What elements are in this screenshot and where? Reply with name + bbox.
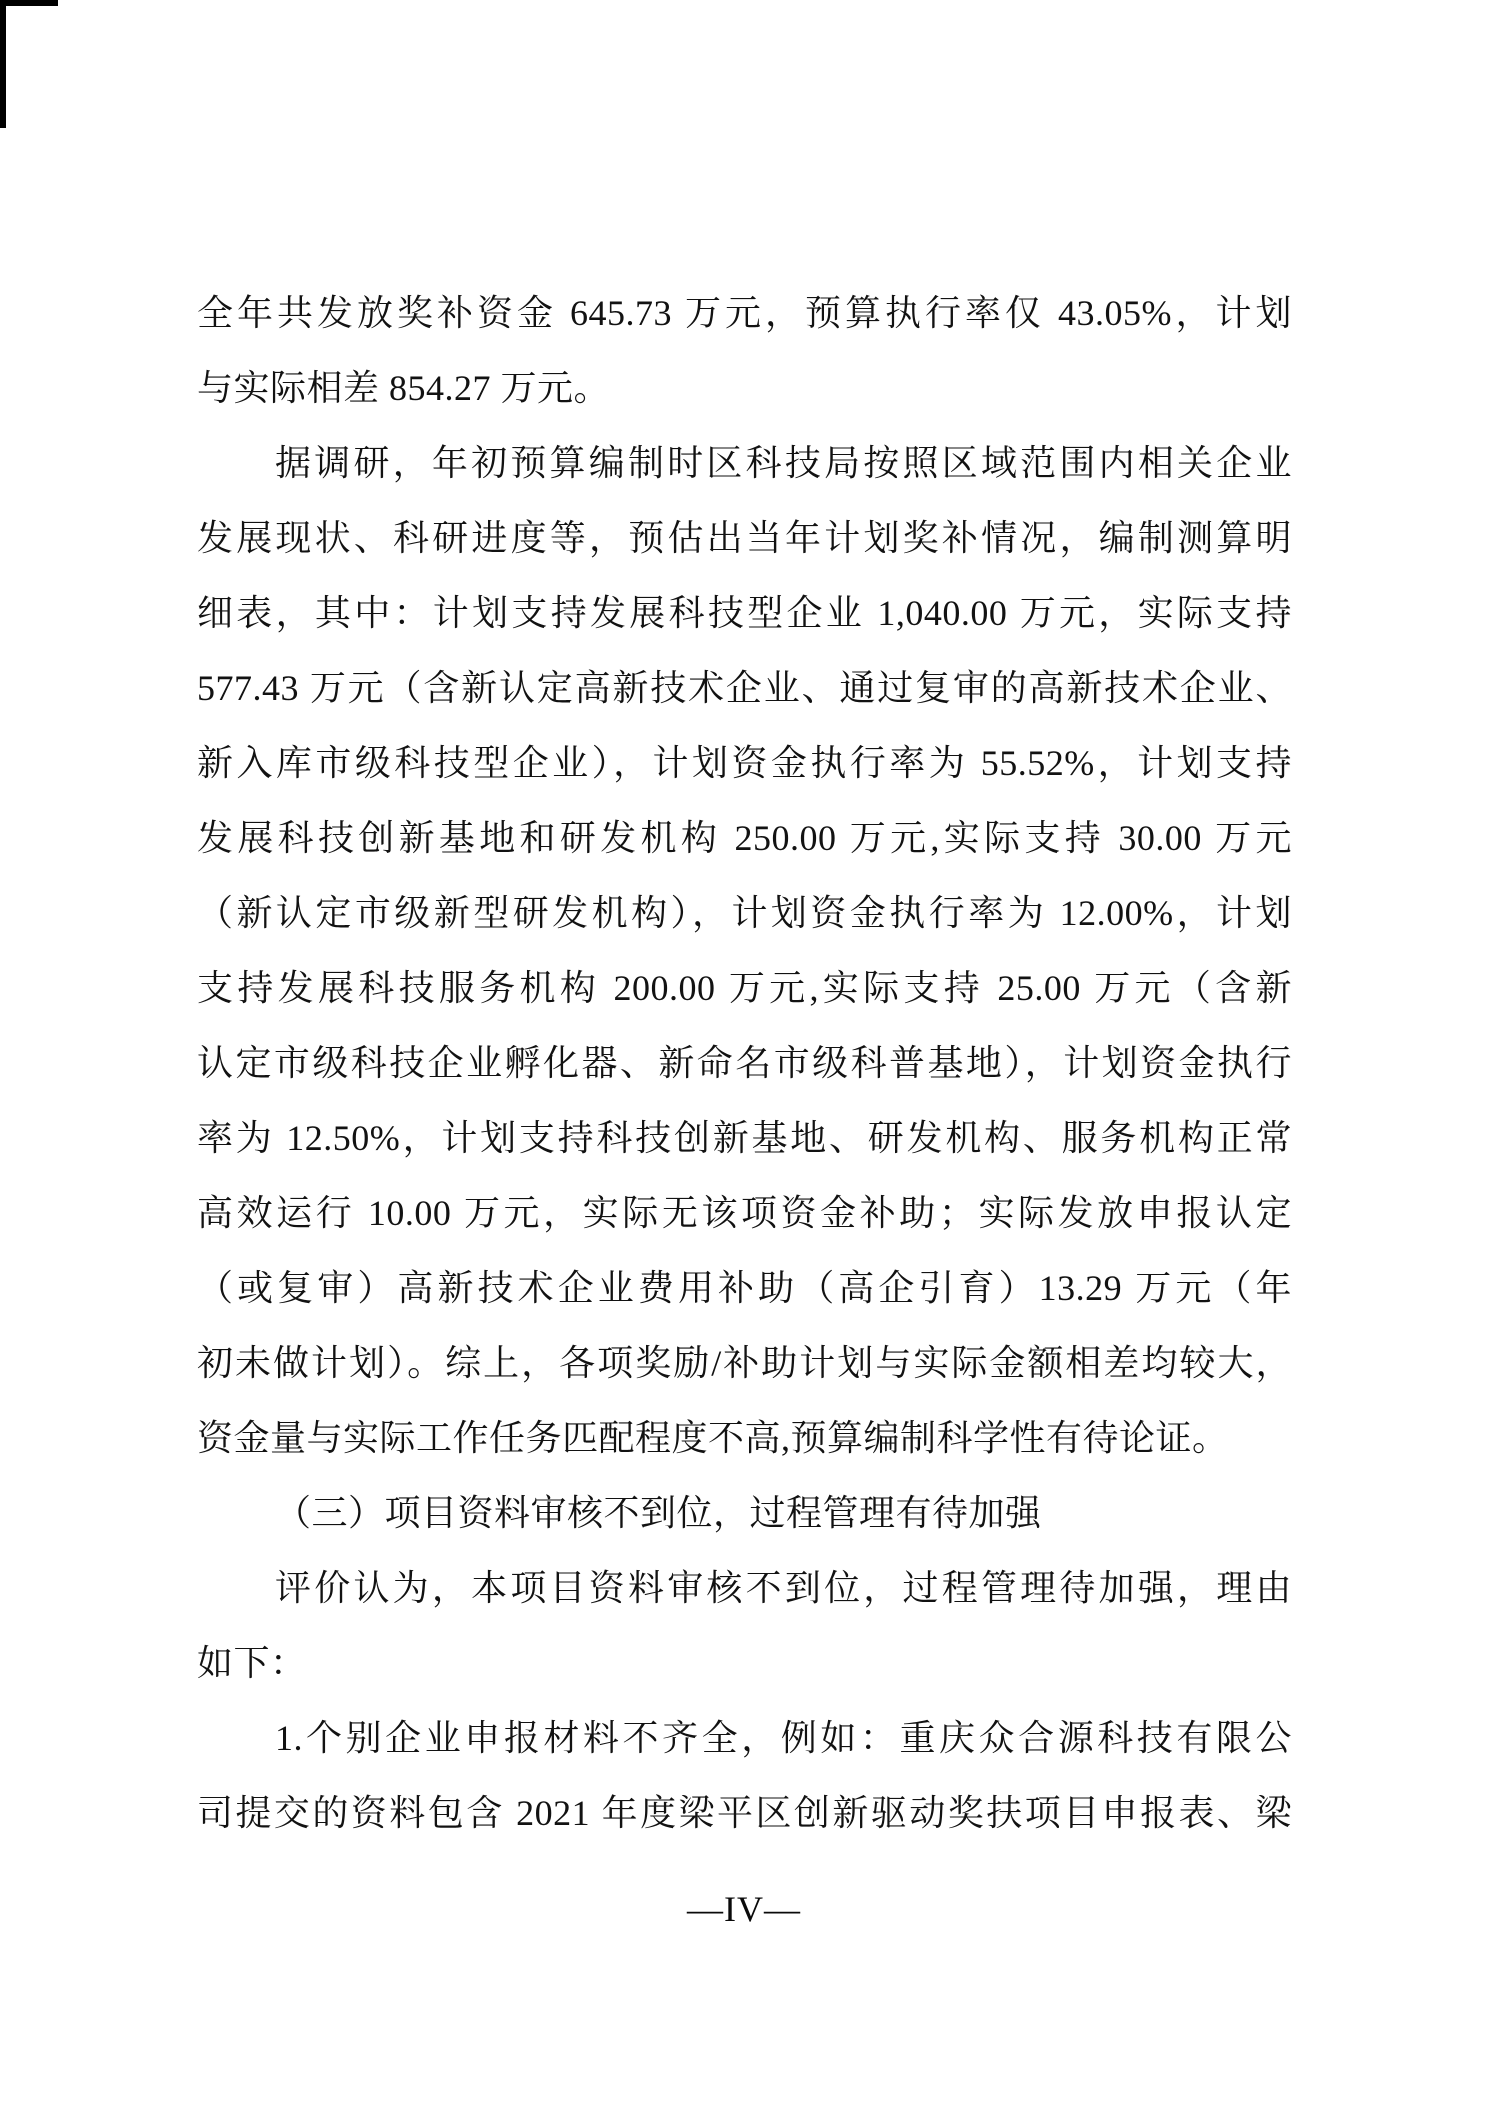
text-line-12: 率为 12.50%，计划支持科技创新基地、研发机构、服务机构正常	[197, 1101, 1292, 1176]
text-line-14: （或复审）高新技术企业费用补助（高企引育）13.29 万元（年	[197, 1251, 1292, 1326]
text-line-2: 与实际相差 854.27 万元。	[197, 351, 1292, 426]
text-line-5: 细表，其中：计划支持发展科技型企业 1,040.00 万元，实际支持	[197, 576, 1292, 651]
text-line-9: （新认定市级新型研发机构），计划资金执行率为 12.00%，计划	[197, 876, 1292, 951]
body-text: 全年共发放奖补资金 645.73 万元，预算执行率仅 43.05%，计划 与实际…	[197, 276, 1292, 1851]
text-line-19: 如下：	[197, 1626, 1292, 1701]
text-line-18: 评价认为，本项目资料审核不到位，过程管理待加强，理由	[197, 1551, 1292, 1626]
scan-edge-mark-vertical	[0, 0, 6, 128]
text-line-3: 据调研，年初预算编制时区科技局按照区域范围内相关企业	[197, 426, 1292, 501]
document-page: 全年共发放奖补资金 645.73 万元，预算执行率仅 43.05%，计划 与实际…	[0, 0, 1488, 2104]
section-heading: （三）项目资料审核不到位，过程管理有待加强	[197, 1476, 1292, 1551]
text-line-7: 新入库市级科技型企业），计划资金执行率为 55.52%，计划支持	[197, 726, 1292, 801]
text-line-15: 初未做计划）。综上，各项奖励/补助计划与实际金额相差均较大，	[197, 1326, 1292, 1401]
page-number: —IV—	[0, 1888, 1488, 1930]
text-line-16: 资金量与实际工作任务匹配程度不高,预算编制科学性有待论证。	[197, 1401, 1292, 1476]
text-line-13: 高效运行 10.00 万元，实际无该项资金补助；实际发放申报认定	[197, 1176, 1292, 1251]
text-line-8: 发展科技创新基地和研发机构 250.00 万元,实际支持 30.00 万元	[197, 801, 1292, 876]
text-line-1: 全年共发放奖补资金 645.73 万元，预算执行率仅 43.05%，计划	[197, 276, 1292, 351]
scan-edge-mark-horizontal	[0, 0, 58, 6]
text-line-11: 认定市级科技企业孵化器、新命名市级科普基地），计划资金执行	[197, 1026, 1292, 1101]
text-line-6: 577.43 万元（含新认定高新技术企业、通过复审的高新技术企业、	[197, 651, 1292, 726]
text-line-10: 支持发展科技服务机构 200.00 万元,实际支持 25.00 万元（含新	[197, 951, 1292, 1026]
text-line-4: 发展现状、科研进度等，预估出当年计划奖补情况，编制测算明	[197, 501, 1292, 576]
text-line-20: 1.个别企业申报材料不齐全，例如：重庆众合源科技有限公	[197, 1701, 1292, 1776]
text-line-21: 司提交的资料包含 2021 年度梁平区创新驱动奖扶项目申报表、梁	[197, 1776, 1292, 1851]
